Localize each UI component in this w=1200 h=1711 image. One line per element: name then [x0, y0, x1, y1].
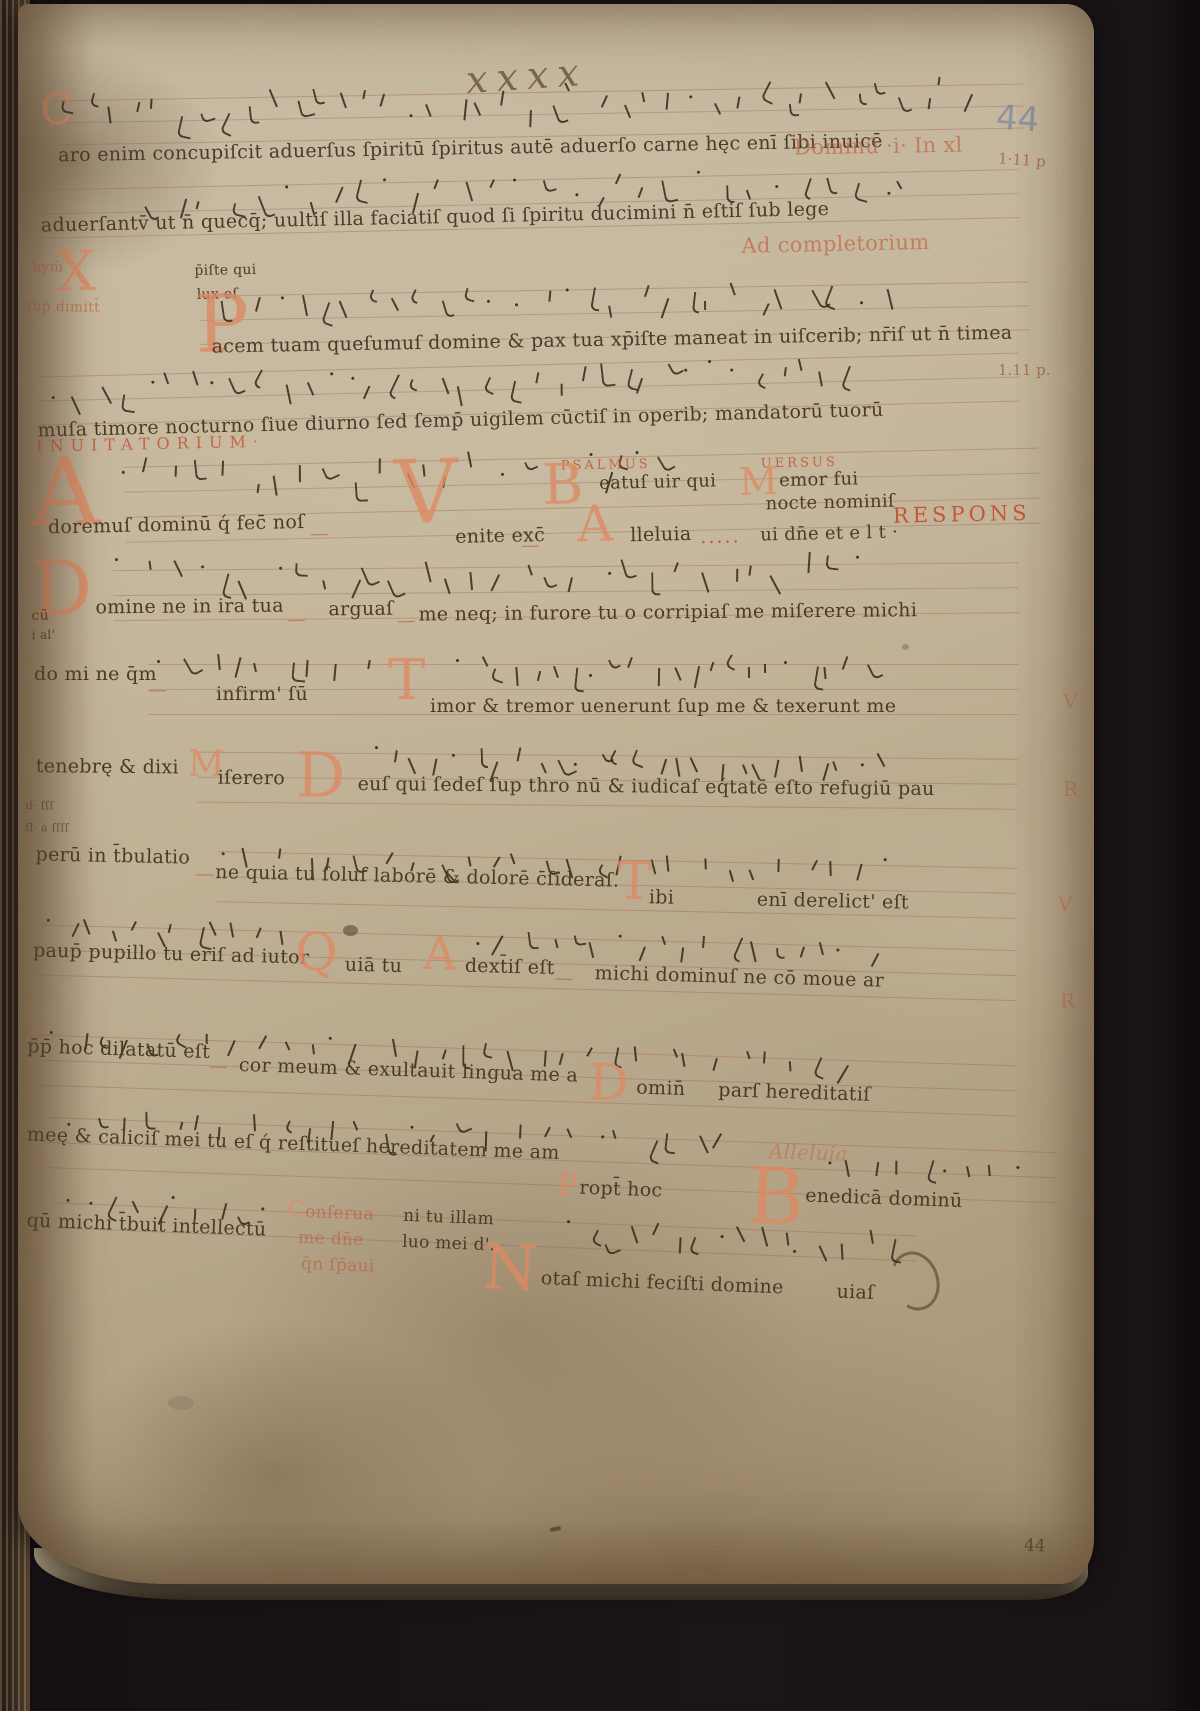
text-beatus-uir: eatuſ uir qui: [599, 472, 716, 492]
initial-C-conserua: C: [287, 1201, 304, 1219]
text-dextris-est: dext̄iſ eſt: [465, 957, 555, 978]
text-miserere: iſerero: [218, 769, 285, 789]
text-alleluia: lleluia: [630, 525, 692, 545]
text-timor-et-tremor: imor & tremor uenerunt ſup me & texerunt…: [430, 697, 896, 716]
text-domine-ne: omine ne in ira tua: [95, 597, 284, 618]
margin-letter-V-1: V: [1063, 689, 1077, 713]
initial-D-dominus: D: [588, 1063, 629, 1103]
initial-A-alleluia: A: [577, 505, 614, 545]
initial-X-christe: X: [56, 250, 96, 294]
initial-Q-quoniam: Q: [295, 932, 339, 974]
margin-letter-R-2: R: [1060, 989, 1075, 1013]
text-derelictus-est: enī derelict' eſt: [757, 890, 909, 912]
initial-T-tibi: T: [617, 862, 653, 903]
rubric-dominica-in-xl: Dominū ·i· In xl: [794, 135, 963, 159]
text-arguas: arguaſ: [328, 600, 393, 620]
rubric-dash: —: [195, 865, 215, 884]
initial-D-deus: D: [296, 751, 346, 800]
manuscript-photo: { "t": { "qm": "xxxx", "fol_pencil": "44…: [0, 0, 1200, 1711]
initial-V-venite: V: [394, 458, 459, 528]
text-propter-hoc-2: ropt̄ hoc: [579, 1179, 663, 1201]
margin-pen-trial-2: ſl· a ſſſſ: [25, 822, 69, 833]
margin-note-cu: cū: [31, 609, 49, 623]
rubric-dash: —: [286, 610, 305, 629]
chant-system-8: tenebrę & dixi M iſerero D euſ qui ſedeſ…: [17, 742, 1023, 851]
rubric-dash: —: [209, 1057, 229, 1077]
text-michi-dominus: michi dominuſ ne cō moue ar: [594, 964, 884, 991]
text-ni-tu-illam: ni tu illam: [403, 1208, 494, 1228]
rubric-dash: —: [310, 525, 330, 544]
text-alleluia-continuation: ui dn̄e et e l t ·: [760, 524, 898, 545]
neumes: [555, 1218, 897, 1277]
text-tenebre: tenebrę & dixi: [36, 757, 179, 777]
chant-system-7: do mi ne q̄m — infirm' ſū T imor & tremo…: [18, 652, 1023, 747]
hymn-incipit-1: p̄iſte qui: [194, 263, 256, 278]
rubric-nunc-dimittis: ſup̄ dimitt̄: [27, 300, 100, 315]
folio-number-ink: 44: [1024, 1536, 1046, 1557]
text-quoniam-speraui: q̄n ſp̄aui: [301, 1256, 375, 1276]
text-notas-michi: otaſ michi feciſti domine: [540, 1269, 784, 1297]
text-conserua: onſerua: [305, 1204, 374, 1224]
parchment-page: xxxx 44 1·11 p 1.11 p. C aro enim concup…: [18, 4, 1094, 1584]
text-benedicam-dominum: enedicā dominū: [805, 1187, 963, 1211]
initial-N-notas: N: [482, 1243, 538, 1293]
text-ne-in-furore: me neq; in furore tu o corripiaſ me miſe…: [418, 601, 917, 624]
text-nocte-nominis: nocte nominiſ: [765, 493, 895, 514]
text-dominus: omin̄: [636, 1078, 686, 1099]
initial-T-timor: T: [388, 659, 425, 703]
rubric-dash: —: [554, 969, 574, 988]
text-deus-qui-sedes: euſ qui ſedeſ ſup thro nū & iudicaſ eq́t…: [358, 775, 935, 799]
text-perum: perū in t̄bulatio: [35, 845, 190, 867]
text-domine-quoniam: do mi ne q̄m: [34, 665, 157, 684]
text-me-domine: me dn̄e: [298, 1230, 364, 1249]
ink-blot: [343, 925, 358, 936]
text-infirmus-sum: infirm' ſū: [216, 685, 308, 704]
rubric-dash: —: [148, 681, 167, 700]
small-stain: [902, 644, 909, 650]
text-luo-mei: luo mei d'.: [402, 1234, 496, 1255]
neumes: [448, 654, 878, 696]
margin-pen-trial-1: ıl· ſſſ: [25, 800, 53, 811]
margin-letter-R-1: R: [1063, 777, 1078, 801]
text-uias: uiaſ: [836, 1283, 875, 1303]
initial-A-dextris: A: [423, 936, 457, 973]
text-ibi: ibi: [649, 888, 675, 908]
text-quia-tu: uiā tu: [345, 956, 403, 976]
neumes: [114, 448, 540, 509]
parchment-stain: [168, 1396, 194, 1410]
small-ink-fleck: [550, 1526, 562, 1532]
text-adoremus: doremuſ dominū q́ fec̄ noſ: [48, 513, 305, 537]
margin-letter-V-2: V: [1058, 892, 1072, 916]
chant-system-6: D cū i al' omine ne in ira tua — arguaſ …: [18, 547, 1024, 656]
rubric-dash: —: [397, 612, 416, 631]
initial-P-propter: P: [557, 1174, 578, 1198]
margin-note-ial: i al': [32, 629, 56, 641]
text-memor-fui: emor fui: [779, 470, 859, 490]
text-pars-hereditatis: parſ hereditatiſ: [718, 1081, 871, 1105]
rubric-respons: RESPONS: [893, 503, 1031, 527]
text-pauper-pupillo: paup̄ pupillo tu eriſ ad iutor: [33, 941, 310, 967]
initial-C: C: [40, 93, 73, 126]
